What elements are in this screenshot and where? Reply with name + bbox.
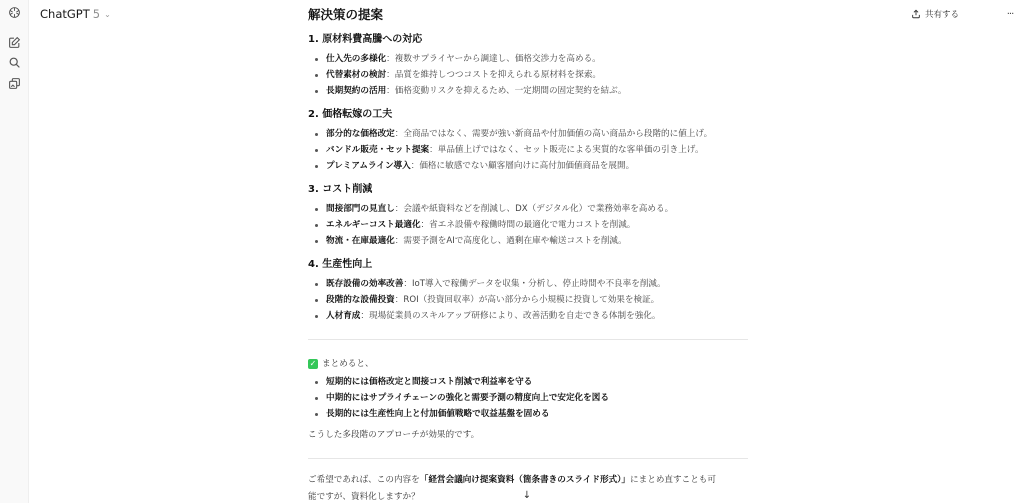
item-keyword: 仕入先の多様化 <box>326 54 386 64</box>
section-title: 3. コスト削減 <box>308 182 748 198</box>
bullet-list: 仕入先の多様化：複数サプライヤーから調達し、価格交渉力を高める。 代替素材の検討… <box>308 51 748 99</box>
item-text: ：ROI（投資回収率）が高い部分から小規模に投資して効果を検証。 <box>395 295 660 305</box>
search-icon[interactable] <box>7 55 22 70</box>
list-item: 代替素材の検討：品質を維持しつつコストを抑えられる原材料を探索。 <box>308 67 748 83</box>
check-mark-icon: ✓ <box>308 359 318 369</box>
summary-item: 短期的には価格改定と間接コスト削減で利益率を守る <box>326 377 532 387</box>
sidebar <box>0 0 29 503</box>
item-text: ：全商品ではなく、需要が強い新商品や付加価値の高い商品から段階的に値上げ。 <box>395 129 712 139</box>
divider <box>308 458 748 459</box>
offer-prefix: ご希望であれば、この内容を <box>308 475 420 485</box>
item-keyword: バンドル販売・セット提案 <box>326 145 429 155</box>
section-title: 2. 価格転嫁の工夫 <box>308 107 748 123</box>
item-text: ：価格変動リスクを抑えるため、一定期間の固定契約を結ぶ。 <box>386 86 626 96</box>
item-text: ：単品値上げではなく、セット販売による実質的な客単価の引き上げ。 <box>429 145 704 155</box>
summary-item: 長期的には生産性向上と付加価値戦略で収益基盤を固める <box>326 409 549 419</box>
section-price-pass-through: 2. 価格転嫁の工夫 部分的な価格改定：全商品ではなく、需要が強い新商品や付加価… <box>308 107 748 174</box>
divider <box>308 339 748 340</box>
summary-intro-text: まとめると、 <box>322 356 374 372</box>
more-options-button[interactable]: ··· <box>1002 6 1018 22</box>
item-keyword: 物流・在庫最適化 <box>326 236 395 246</box>
bullet-list: 部分的な価格改定：全商品ではなく、需要が強い新商品や付加価値の高い商品から段階的… <box>308 126 748 174</box>
section-title: 4. 生産性向上 <box>308 257 748 273</box>
item-keyword: 部分的な価格改定 <box>326 129 395 139</box>
list-item: 間接部門の見直し：会議や紙資料などを削減し、DX（デジタル化）で業務効率を高める… <box>308 201 748 217</box>
model-picker-button[interactable]: ChatGPT 5 ⌄ <box>40 6 111 22</box>
section-title: 1. 原材料費高騰への対応 <box>308 32 748 48</box>
item-text: ：複数サプライヤーから調達し、価格交渉力を高める。 <box>386 54 601 64</box>
item-text: ：価格に敏感でない顧客層向けに高付加価値商品を展開。 <box>411 161 634 171</box>
item-text: ：品質を維持しつつコストを抑えられる原材料を探索。 <box>386 70 601 80</box>
item-keyword: 既存設備の効率改善 <box>326 279 403 289</box>
item-text: ：需要予測をAIで高度化し、過剰在庫や輸送コストを削減。 <box>395 236 627 246</box>
list-item: 段階的な設備投資：ROI（投資回収率）が高い部分から小規模に投資して効果を検証。 <box>308 292 748 308</box>
message-heading: 解決策の提案 <box>308 7 383 23</box>
list-item: 人材育成：現場従業員のスキルアップ研修により、改善活動を自走できる体制を強化。 <box>308 308 748 324</box>
library-icon[interactable] <box>7 76 22 91</box>
list-item: 中期的にはサプライチェーンの強化と需要予測の精度向上で安定化を図る <box>308 390 748 406</box>
summary-item: 中期的にはサプライチェーンの強化と需要予測の精度向上で安定化を図る <box>326 393 609 403</box>
item-text: ：省エネ設備や稼働時間の最適化で電力コストを削減。 <box>421 220 636 230</box>
item-keyword: 長期契約の活用 <box>326 86 386 96</box>
item-text: ：会議や紙資料などを削減し、DX（デジタル化）で業務効率を高める。 <box>395 204 673 214</box>
share-icon <box>911 9 921 19</box>
list-item: 仕入先の多様化：複数サプライヤーから調達し、価格交渉力を高める。 <box>308 51 748 67</box>
openai-logo-icon[interactable] <box>7 5 22 20</box>
offer-line-2: 能ですが、資料化しますか？ <box>308 489 420 503</box>
list-item: 部分的な価格改定：全商品ではなく、需要が強い新商品や付加価値の高い商品から段階的… <box>308 126 748 142</box>
list-item: 短期的には価格改定と間接コスト削減で利益率を守る <box>308 374 748 390</box>
section-cost-reduction: 3. コスト削減 間接部門の見直し：会議や紙資料などを削減し、DX（デジタル化）… <box>308 182 748 249</box>
share-button[interactable]: 共有する <box>911 6 959 22</box>
item-keyword: プレミアムライン導入 <box>326 161 411 171</box>
summary-intro: ✓ まとめると、 <box>308 356 374 372</box>
offer-bold: 「経営会議向け提案資料（箇条書きのスライド形式）」 <box>420 475 630 485</box>
item-keyword: 代替素材の検討 <box>326 70 386 80</box>
scroll-to-bottom-button[interactable]: ↓ <box>519 487 535 503</box>
list-item: 既存設備の効率改善：IoT導入で稼働データを収集・分析し、停止時間や不良率を削減… <box>308 276 748 292</box>
section-productivity: 4. 生産性向上 既存設備の効率改善：IoT導入で稼働データを収集・分析し、停止… <box>308 257 748 324</box>
offer-line-1: ご希望であれば、この内容を「経営会議向け提案資料（箇条書きのスライド形式）」にま… <box>308 472 748 488</box>
model-version: 5 <box>93 7 100 21</box>
list-item: 長期的には生産性向上と付加価値戦略で収益基盤を固める <box>308 406 748 422</box>
item-keyword: 段階的な設備投資 <box>326 295 395 305</box>
model-name: ChatGPT <box>40 7 90 21</box>
list-item: 物流・在庫最適化：需要予測をAIで高度化し、過剰在庫や輸送コストを削減。 <box>308 233 748 249</box>
new-chat-icon[interactable] <box>7 35 22 50</box>
item-keyword: 間接部門の見直し <box>326 204 395 214</box>
chevron-down-icon: ⌄ <box>104 10 111 19</box>
top-bar: ChatGPT 5 ⌄ <box>29 0 1024 28</box>
list-item: 長期契約の活用：価格変動リスクを抑えるため、一定期間の固定契約を結ぶ。 <box>308 83 748 99</box>
summary-closing: こうした多段階のアプローチが効果的です。 <box>308 427 479 443</box>
bullet-list: 間接部門の見直し：会議や紙資料などを削減し、DX（デジタル化）で業務効率を高める… <box>308 201 748 249</box>
share-label: 共有する <box>925 8 959 20</box>
item-keyword: 人材育成 <box>326 311 360 321</box>
offer-suffix: にまとめ直すことも可 <box>630 475 716 485</box>
summary-list-section: 短期的には価格改定と間接コスト削減で利益率を守る 中期的にはサプライチェーンの強… <box>308 374 748 422</box>
item-keyword: エネルギーコスト最適化 <box>326 220 421 230</box>
item-text: ：現場従業員のスキルアップ研修により、改善活動を自走できる体制を強化。 <box>360 311 660 321</box>
bullet-list: 既存設備の効率改善：IoT導入で稼働データを収集・分析し、停止時間や不良率を削減… <box>308 276 748 324</box>
summary-list: 短期的には価格改定と間接コスト削減で利益率を守る 中期的にはサプライチェーンの強… <box>308 374 748 422</box>
list-item: バンドル販売・セット提案：単品値上げではなく、セット販売による実質的な客単価の引… <box>308 142 748 158</box>
list-item: プレミアムライン導入：価格に敏感でない顧客層向けに高付加価値商品を展開。 <box>308 158 748 174</box>
list-item: エネルギーコスト最適化：省エネ設備や稼働時間の最適化で電力コストを削減。 <box>308 217 748 233</box>
item-text: ：IoT導入で稼働データを収集・分析し、停止時間や不良率を削減。 <box>403 279 665 289</box>
section-raw-materials: 1. 原材料費高騰への対応 仕入先の多様化：複数サプライヤーから調達し、価格交渉… <box>308 32 748 99</box>
